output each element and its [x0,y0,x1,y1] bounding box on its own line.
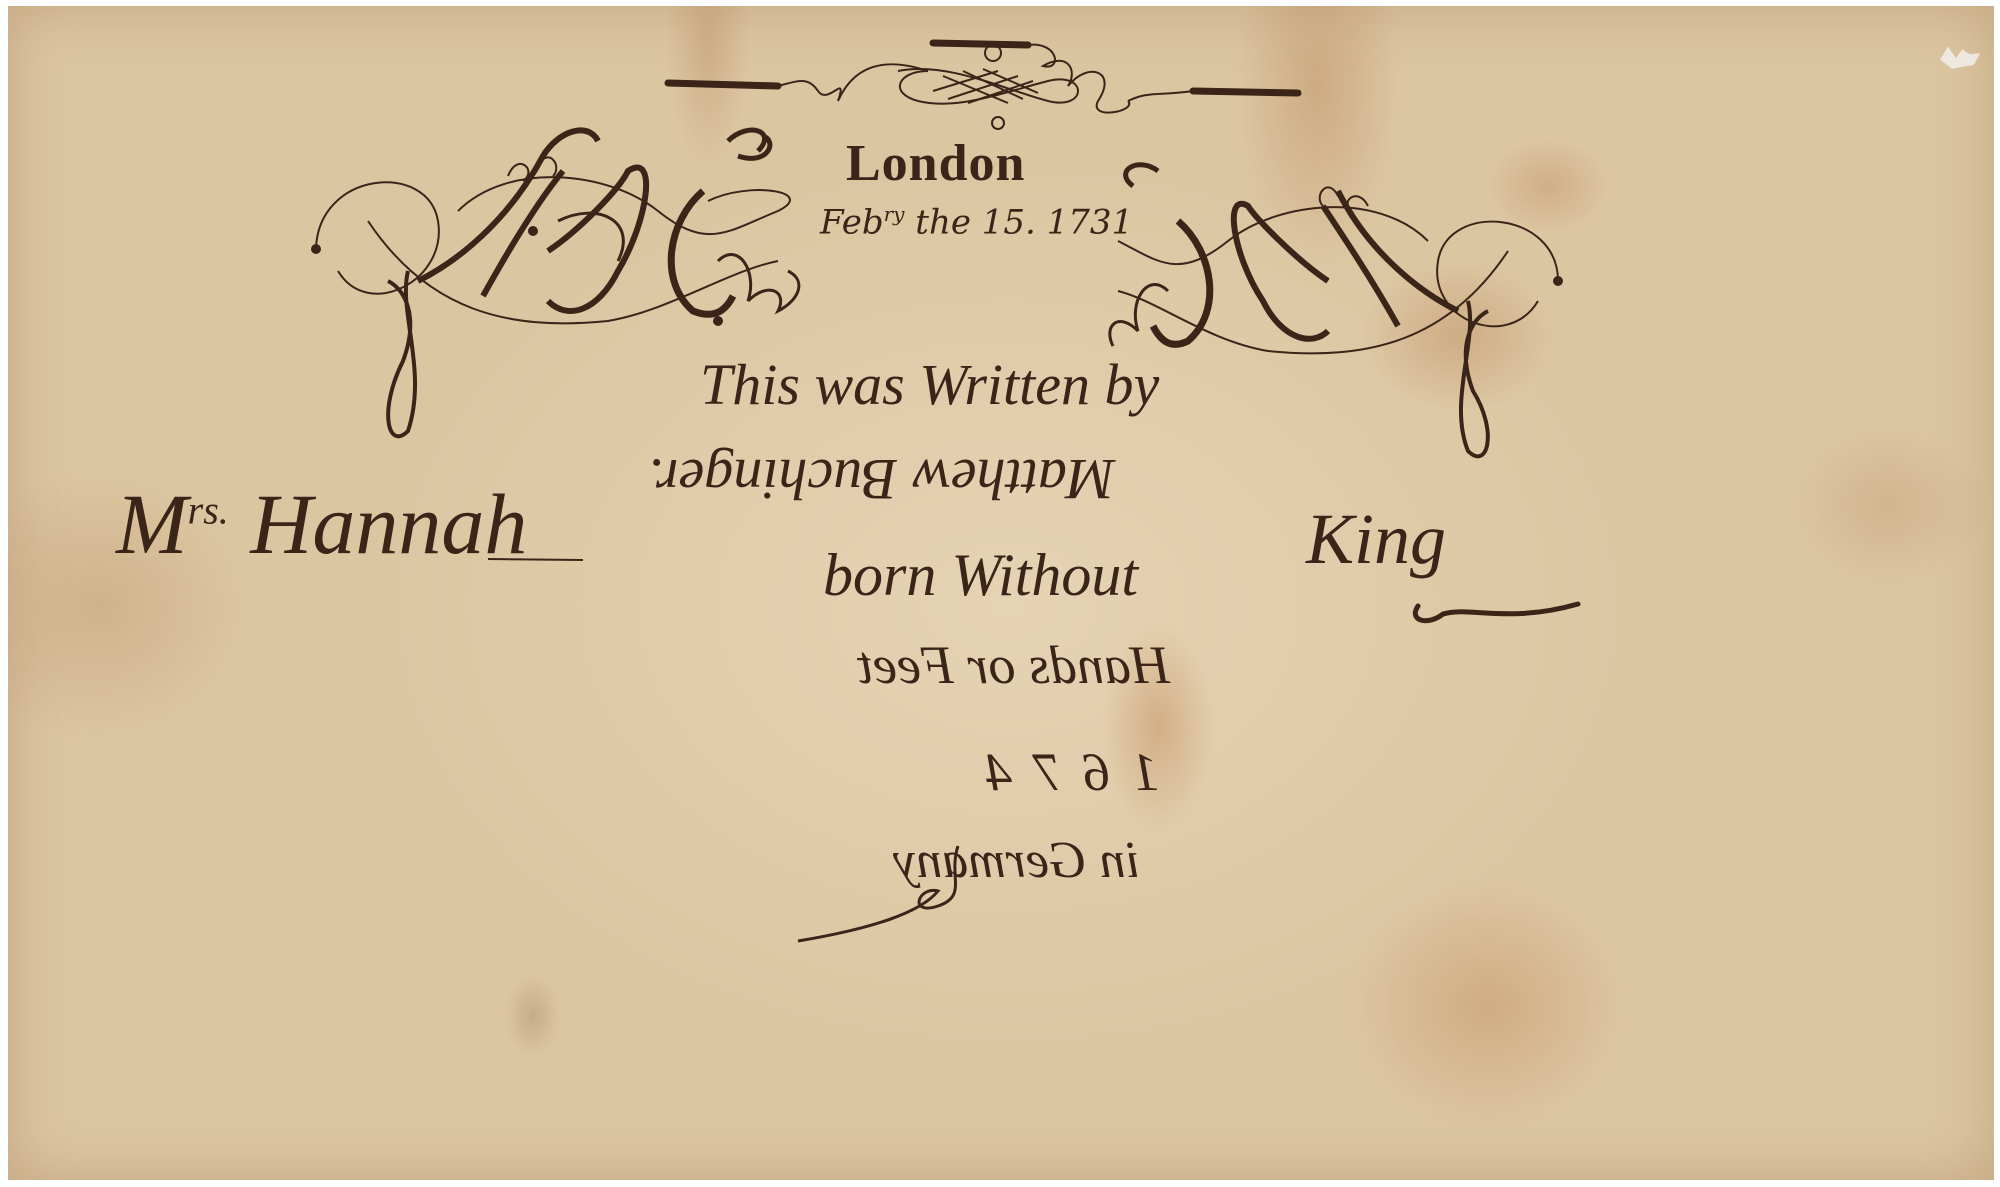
date-line: Febry the 15. 1731 [820,202,1133,242]
date-superscript: ry [884,202,905,226]
recipient-title-superscript: rs. [188,487,229,532]
recipient-given-name: Hannah [250,476,527,572]
recipient-last-name: King [1306,498,1446,581]
line-written-by: This was Written by [700,351,1159,418]
line-author-upside-down: Matthew Buchinger. [648,446,1115,513]
date-suffix: the 15. 1731 [915,202,1133,242]
date-prefix: Feb [820,202,884,242]
hannah-underline-icon [488,554,588,564]
city-heading: London [846,134,1025,193]
germany-flourish-icon [798,836,978,946]
manuscript-paper: London Febry the 15. 1731 This was Writt… [8,6,1994,1180]
right-abc-monogram-icon [1098,151,1578,471]
recipient-title: M [116,476,188,572]
line-born-without: born Without [823,541,1138,610]
paper-tear [1940,44,1980,70]
king-swash-icon [1408,586,1588,636]
line-year-mirrored: 1674 [963,741,1159,803]
recipient-first-name: Mrs. Hannah [116,474,527,574]
line-hands-feet-mirrored: Hands or Feet [858,634,1170,696]
